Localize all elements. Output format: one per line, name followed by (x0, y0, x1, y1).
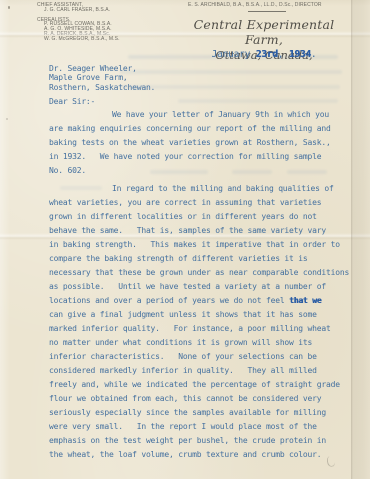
director-line: E. S. ARCHIBALD, B.A., B.S.A., LL.D., D.… (188, 3, 350, 8)
recipient-address-line: Dr. Seager Wheeler, (49, 64, 155, 73)
body-line: necessary that these be grown under as n… (49, 268, 361, 282)
typed-text: are making enquiries concerning our repo… (49, 124, 331, 133)
recipient-address: Dr. Seager Wheeler,Maple Grove Farm,Rost… (49, 64, 155, 92)
overstruck-typed-text: 23rd (256, 49, 278, 60)
body-line: locations and over a period of years we … (49, 296, 361, 310)
institution-name: Central Experimental Farm, (178, 17, 350, 47)
staff-member-list: P. RUSSELL COWAN, B.S.A.A. G. O. WHITESI… (37, 22, 120, 41)
salutation: Dear Sir:- (49, 97, 95, 106)
typed-text: We have your letter of January 9th in wh… (112, 110, 329, 119)
body-line: We have your letter of January 9th in wh… (49, 110, 361, 124)
typed-text: No. 602. (49, 166, 86, 175)
recipient-address-line: Maple Grove Farm, (49, 73, 155, 82)
typed-text: In regard to the milling and baking qual… (112, 184, 334, 193)
ink-speck (8, 6, 10, 9)
body-line: behave the same. That is, samples of the… (49, 226, 361, 240)
typed-text: compare the baking strength of different… (49, 254, 308, 263)
bleed-through-ghost (178, 99, 338, 103)
typed-text: grown in different localities or in diff… (49, 212, 317, 221)
typed-text: in baking strength. This makes it impera… (49, 240, 340, 249)
recipient-address-line: Rosthern, Saskatchewan. (49, 83, 155, 92)
body-line: in baking strength. This makes it impera… (49, 240, 361, 254)
body-paragraph: We have your letter of January 9th in wh… (49, 110, 361, 180)
typed-text: no matter under what conditions it is gr… (49, 338, 312, 347)
body-line: are making enquiries concerning our repo… (49, 124, 361, 138)
body-line: grown in different localities or in diff… (49, 212, 361, 226)
body-line: baking tests on the wheat varieties grow… (49, 138, 361, 152)
typed-text: inferior characteristics. None of your s… (49, 352, 317, 361)
typed-text: the wheat, the loaf volume, crumb textur… (49, 450, 321, 459)
body-line: no matter under what conditions it is gr… (49, 338, 361, 352)
chief-assistant-name: J. G. CARL FRASER, B.S.A. (37, 8, 120, 13)
body-line: inferior characteristics. None of your s… (49, 352, 361, 366)
typed-text: can give a final judgment unless it show… (49, 310, 317, 319)
body-line: considered markedly inferior in quality.… (49, 366, 361, 380)
typed-text: . (311, 49, 317, 60)
body-line: wheat varieties, you are correct in assu… (49, 198, 361, 212)
typed-text: seriously especially since the samples a… (49, 408, 326, 417)
body-line: as possible. Until we have tested a vari… (49, 282, 361, 296)
director-rule-divider (248, 11, 286, 12)
body-line: can give a final judgment unless it show… (49, 310, 361, 324)
body-line: in 1932. We have noted your correction f… (49, 152, 361, 166)
typed-text: flour we obtained from each, this cannot… (49, 394, 321, 403)
body-line: No. 602. (49, 166, 361, 180)
typed-text: baking tests on the wheat varieties grow… (49, 138, 331, 147)
overstruck-typed-text: 1934 (289, 49, 311, 60)
typed-text: wheat varieties, you are correct in assu… (49, 198, 321, 207)
typed-text: January (212, 49, 256, 60)
body-line: freely and, while we indicated the perce… (49, 380, 361, 394)
body-line: compare the baking strength of different… (49, 254, 361, 268)
body-line: In regard to the milling and baking qual… (49, 184, 361, 198)
typed-text: as possible. Until we have tested a vari… (49, 282, 326, 291)
typed-text: marked inferior quality. For instance, a… (49, 324, 331, 333)
typed-text: emphasis on the test weight per bushel, … (49, 436, 326, 445)
typed-text: were very small. In the report I would p… (49, 422, 317, 431)
typed-text: behave the same. That is, samples of the… (49, 226, 326, 235)
overstruck-typed-text: that we (289, 296, 321, 305)
letterhead-staff-block: CHIEF ASSISTANT, J. G. CARL FRASER, B.S.… (37, 3, 120, 42)
date-line: January 23rd, 1934. (178, 49, 350, 60)
letter-body: We have your letter of January 9th in wh… (49, 110, 361, 464)
typed-text: , (278, 49, 289, 60)
staff-member: W. G. McGREGOR, B.S.A., M.S. (44, 37, 120, 42)
typed-text: necessary that these be grown under as n… (49, 268, 349, 277)
ink-speck (6, 118, 8, 120)
letter-page: CHIEF ASSISTANT, J. G. CARL FRASER, B.S.… (0, 0, 370, 479)
typed-text: in 1932. We have noted your correction f… (49, 152, 321, 161)
body-line: flour we obtained from each, this cannot… (49, 394, 361, 408)
body-line: the wheat, the loaf volume, crumb textur… (49, 450, 361, 464)
typed-text: considered markedly inferior in quality.… (49, 366, 317, 375)
body-paragraph: In regard to the milling and baking qual… (49, 184, 361, 464)
typed-text: locations and over a period of years we … (49, 296, 289, 305)
typed-text: freely and, while we indicated the perce… (49, 380, 340, 389)
body-line: were very small. In the report I would p… (49, 422, 361, 436)
body-line: marked inferior quality. For instance, a… (49, 324, 361, 338)
body-line: seriously especially since the samples a… (49, 408, 361, 422)
body-line: emphasis on the test weight per bushel, … (49, 436, 361, 450)
